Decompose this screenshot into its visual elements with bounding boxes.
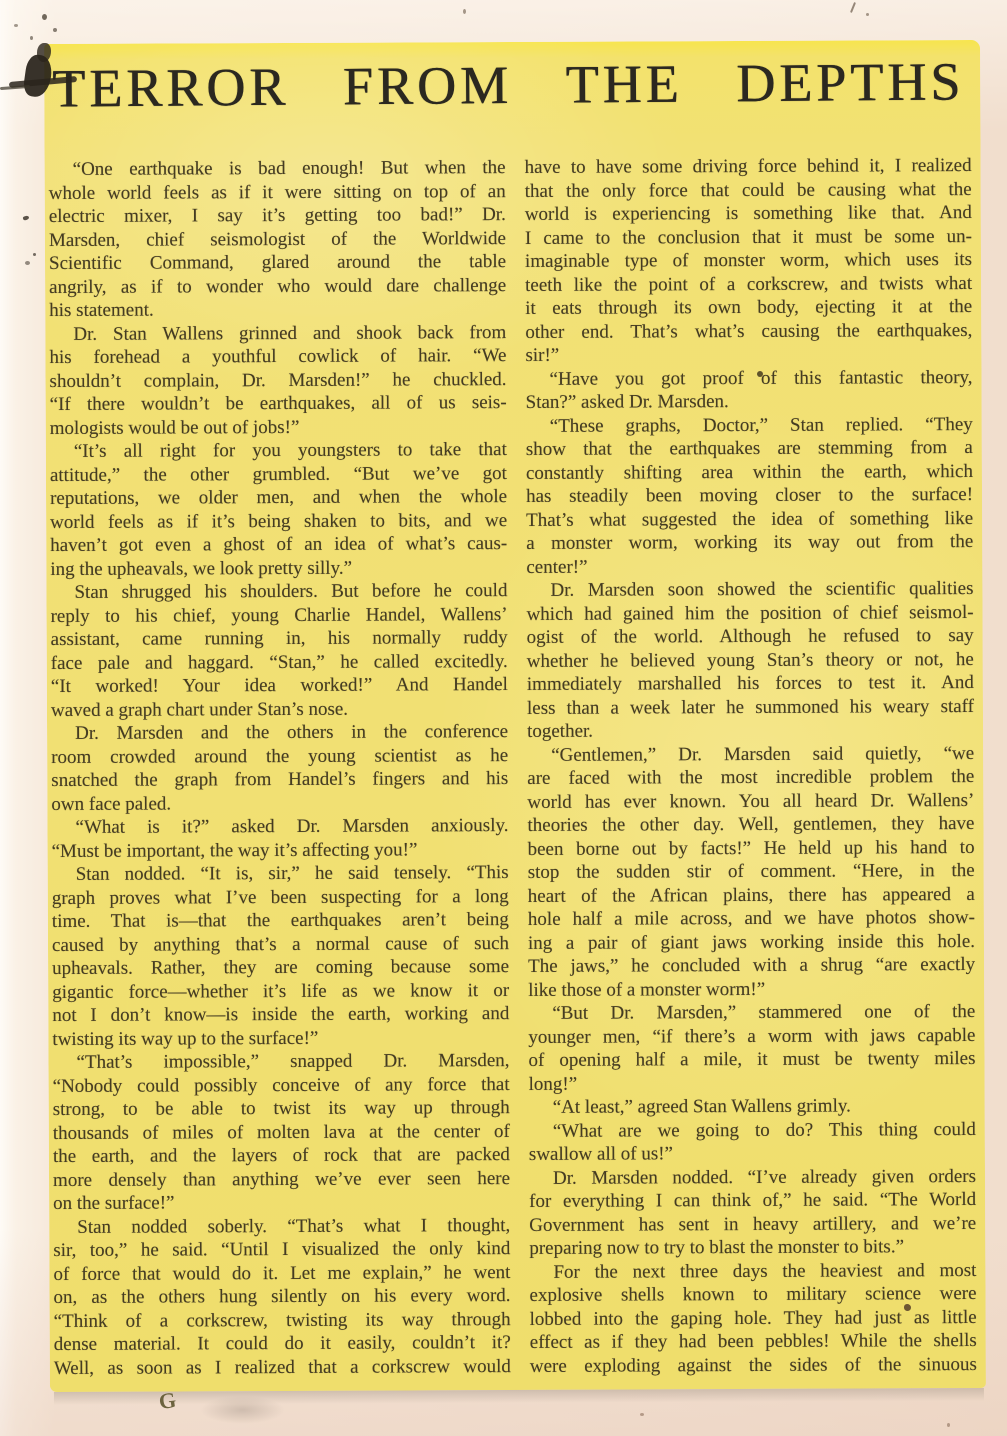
story-line: “Think of a corkscrew, twisting its way …: [54, 1308, 511, 1333]
story-line: strong, to be able to twist its way up t…: [53, 1096, 510, 1121]
story-line: sir, too,” he said. “Until I visualized …: [53, 1237, 510, 1262]
story-line: Stan?” asked Dr. Marsden.: [526, 389, 973, 414]
story-line: Well, as soon as I realized that a corks…: [54, 1355, 511, 1380]
story-line: it eats through its own body, ejecting i…: [525, 295, 972, 320]
paragraph: Stan nodded. “It is, sir,” he said tense…: [52, 861, 510, 1051]
story-line: constantly shifting area within the eart…: [526, 459, 973, 484]
story-line: whole world feels as if it were sitting …: [49, 180, 506, 205]
story-line: “It’s all right for you youngsters to ta…: [50, 438, 507, 463]
story-line: twisting its way up to the surface!”: [52, 1026, 509, 1051]
story-line: I came to the conclusion that it must be…: [525, 225, 972, 250]
page-title: TERROR FROM THE DEPTHS: [52, 50, 964, 115]
story-line: theories the other day. Well, gentlemen,…: [527, 812, 974, 837]
ink-speck: [850, 2, 856, 13]
story-line: immediately marshalled his forces to tes…: [527, 671, 974, 696]
paragraph: “Gentlemen,” Dr. Marsden said quietly, “…: [527, 741, 975, 1001]
story-line: own face paled.: [51, 791, 508, 816]
story-line: attitude,” the other grumbled. “But we’v…: [50, 462, 507, 487]
story-line: Government has sent in heavy artillery, …: [529, 1211, 976, 1236]
story-line: for everything I can think of,” he said.…: [529, 1188, 976, 1213]
story-line: room crowded around the young scientist …: [51, 744, 508, 769]
story-line: show that the earthquakes are stemming f…: [526, 436, 973, 461]
paragraph: Dr. Marsden nodded. “I’ve already given …: [529, 1164, 976, 1260]
story-line: swallow all of us!”: [529, 1141, 976, 1166]
story-line: which had gained him the position of chi…: [527, 600, 974, 625]
ink-speck: [866, 13, 869, 16]
story-line: gigantic force—whether it’s life as we k…: [52, 979, 509, 1004]
story-line: on the surface!”: [53, 1190, 510, 1215]
story-line: world is experiencing is something like …: [525, 201, 972, 226]
story-line: “Gentlemen,” Dr. Marsden said quietly, “…: [527, 741, 974, 766]
story-line: on, as the others hung silently on his e…: [53, 1284, 510, 1309]
ink-speck: [947, 1423, 950, 1427]
story-line: “That’s impossible,” snapped Dr. Marsden…: [52, 1049, 509, 1074]
ink-speck: [33, 253, 36, 256]
story-line: long!”: [529, 1070, 976, 1095]
story-line: of opening half a mile, it must be twent…: [528, 1047, 975, 1072]
story-line: electric mixer, I say it’s getting too b…: [49, 203, 506, 228]
story-line: were exploding against the sides of the …: [530, 1352, 977, 1377]
paragraph: Dr. Marsden and the others in the confer…: [51, 720, 508, 816]
story-line: “It worked! Your idea worked!” And Hande…: [51, 673, 508, 698]
ink-speck: [14, 24, 18, 27]
story-line: assistant, came running in, his normally…: [51, 626, 508, 651]
story-line: heart of the African plains, there has a…: [528, 882, 975, 907]
story-line: his forehead a youthful cowlick of hair.…: [49, 344, 506, 369]
story-line: Dr. Marsden nodded. “I’ve already given …: [529, 1164, 976, 1189]
story-line: hole half a mile across, and we have pho…: [528, 906, 975, 931]
title-word: THE: [565, 53, 682, 116]
story-line: mologists would be out of jobs!”: [50, 415, 507, 440]
story-line: center!”: [526, 553, 973, 578]
ink-speck: [53, 28, 57, 32]
story-line: That’s what suggested the idea of someth…: [526, 506, 973, 531]
story-line: have to have some driving force behind i…: [525, 154, 972, 179]
paragraph: Stan nodded soberly. “That’s what I thou…: [53, 1214, 511, 1380]
ink-speck: [30, 36, 33, 40]
story-line: Stan shrugged his shoulders. But before …: [50, 579, 507, 604]
story-line: graph proves what I’ve been suspecting f…: [52, 885, 509, 910]
story-line: explosive shells known to military scien…: [529, 1282, 976, 1307]
story-line: younger men, “if there’s a worm with jaw…: [528, 1023, 975, 1048]
title-word: DEPTHS: [736, 50, 965, 114]
story-line: stop the sudden stir of comment. “Here, …: [528, 859, 975, 884]
story-line: “One earthquake is bad enough! But when …: [49, 156, 506, 181]
paragraph: have to have some driving force behind i…: [525, 154, 973, 367]
story-line: Marsden, chief seismologist of the World…: [49, 227, 506, 252]
story-line: imaginable type of monster worm, which u…: [525, 248, 972, 273]
story-line: whether he believed young Stan’s theory …: [527, 647, 974, 672]
ink-speck: [463, 9, 466, 14]
story-line: angrily, as if to wonder who would dare …: [49, 274, 506, 299]
paragraph: “One earthquake is bad enough! But when …: [49, 156, 507, 322]
story-line: upheavals. Rather, they are coming becau…: [52, 955, 509, 980]
story-line: of force that would do it. Let me explai…: [53, 1261, 510, 1286]
story-line: reputations, we older men, and when the …: [50, 485, 507, 510]
story-line: less than a week later he summoned his w…: [527, 694, 974, 719]
story-line: more densely than anything we’ve ever se…: [53, 1167, 510, 1192]
story-line: snatched the graph from Handel’s fingers…: [51, 767, 508, 792]
story-line: Scientific Command, glared around the ta…: [49, 250, 506, 275]
story-line: together.: [527, 718, 974, 743]
story-line: a monster worm, working its way out from…: [526, 530, 973, 555]
story-line: Dr. Marsden and the others in the confer…: [51, 720, 508, 745]
title-word: TERROR: [52, 56, 290, 120]
paragraph: “It’s all right for you youngsters to ta…: [50, 438, 508, 581]
text-column-right: have to have some driving force behind i…: [525, 154, 977, 1378]
story-line: world feels as if it’s being shaken to b…: [50, 509, 507, 534]
title-word: FROM: [343, 54, 513, 117]
ink-speck: [640, 1413, 644, 1416]
story-line: like those of a monster worm!”: [528, 976, 975, 1001]
story-line: Dr. Marsden soon showed the scientific q…: [526, 577, 973, 602]
paragraph: “What are we going to do? This thing cou…: [529, 1117, 976, 1166]
story-line: For the next three days the heaviest and…: [529, 1258, 976, 1283]
story-line: “Must be important, the way it’s affecti…: [52, 838, 509, 863]
story-line: Dr. Stan Wallens grinned and shook back …: [49, 321, 506, 346]
story-line: “At least,” agreed Stan Wallens grimly.: [529, 1094, 976, 1119]
story-line: thousands of miles of molten lava at the…: [53, 1120, 510, 1145]
story-line: waved a graph chart under Stan’s nose.: [51, 697, 508, 722]
story-line: time. That is—that the earthquakes aren’…: [52, 908, 509, 933]
story-line: ing a pair of giant jaws working inside …: [528, 929, 975, 954]
paragraph: “Have you got proof of this fantastic th…: [525, 366, 972, 415]
story-line: Stan nodded. “It is, sir,” he said tense…: [52, 861, 509, 886]
story-line: has steadily been moving closer to the s…: [526, 483, 973, 508]
story-line: haven’t got even a ghost of an idea of w…: [50, 532, 507, 557]
paragraph: “But Dr. Marsden,” stammered one of they…: [528, 1000, 975, 1096]
story-line: “Nobody could possibly conceive of any f…: [53, 1073, 510, 1098]
story-line: “Have you got proof of this fantastic th…: [525, 366, 972, 391]
story-line: reply to his chief, young Charlie Handel…: [51, 603, 508, 628]
story-line: “What are we going to do? This thing cou…: [529, 1117, 976, 1142]
story-line: been borne out by facts!” He held up his…: [528, 835, 975, 860]
paragraph: “What is it?” asked Dr. Marsden anxiousl…: [51, 814, 508, 863]
paragraph: “That’s impossible,” snapped Dr. Marsden…: [52, 1049, 510, 1215]
story-line: “These graphs, Doctor,” Stan replied. “T…: [526, 413, 973, 438]
story-line: ing the upheavals, we look pretty silly.…: [50, 556, 507, 581]
story-line: world has ever known. You all heard Dr. …: [527, 788, 974, 813]
paragraph: “These graphs, Doctor,” Stan replied. “T…: [526, 413, 974, 579]
story-line: The jaws,” he concluded with a shrug “ar…: [528, 953, 975, 978]
yellowed-text-block: TERROR FROM THE DEPTHS “One earthquake i…: [44, 40, 986, 1392]
story-line: shouldn’t complain, Dr. Marsden!” he chu…: [49, 368, 506, 393]
paragraph: Stan shrugged his shoulders. But before …: [50, 579, 508, 722]
ink-speck: [22, 215, 29, 221]
story-line: preparing now to try to blast the monste…: [529, 1235, 976, 1260]
ink-speck: [25, 261, 30, 265]
story-line: “But Dr. Marsden,” stammered one of the: [528, 1000, 975, 1025]
story-line: caused by anything that’s a normal cause…: [52, 932, 509, 957]
comic-text-page: TERROR FROM THE DEPTHS “One earthquake i…: [0, 0, 1007, 1436]
story-line: lobbed into the gaping hole. They had ju…: [530, 1305, 977, 1330]
story-line: Stan nodded soberly. “That’s what I thou…: [53, 1214, 510, 1239]
story-line: effect as if they had been pebbles! Whil…: [530, 1329, 977, 1354]
story-line: not I don’t know—is inside the earth, wo…: [52, 1002, 509, 1027]
paragraph: “At least,” agreed Stan Wallens grimly.: [529, 1094, 976, 1119]
story-line: other end. That’s what’s causing the ear…: [525, 319, 972, 344]
story-line: the earth, and the layers of rock that a…: [53, 1143, 510, 1168]
story-line: ogist of the world. Although he refused …: [527, 624, 974, 649]
paragraph: Dr. Marsden soon showed the scientific q…: [526, 577, 974, 743]
story-line: sir!”: [525, 342, 972, 367]
story-line: “If there wouldn’t be earthquakes, all o…: [50, 391, 507, 416]
story-line: his statement.: [49, 297, 506, 322]
text-column-left: “One earthquake is bad enough! But when …: [49, 156, 511, 1380]
ink-smudge: [0, 85, 30, 90]
story-line: face pale and haggard. “Stan,” he called…: [51, 650, 508, 675]
paragraph: For the next three days the heaviest and…: [529, 1258, 977, 1377]
story-line: dense material. It could do it easily, c…: [54, 1331, 511, 1356]
ink-speck: [42, 14, 47, 20]
story-line: are faced with the most incredible probl…: [527, 765, 974, 790]
story-line: “What is it?” asked Dr. Marsden anxiousl…: [51, 814, 508, 839]
story-line: teeth like the point of a corkscrew, and…: [525, 272, 972, 297]
paragraph: Dr. Stan Wallens grinned and shook back …: [49, 321, 507, 440]
story-line: that the only force that could be causin…: [525, 178, 972, 203]
